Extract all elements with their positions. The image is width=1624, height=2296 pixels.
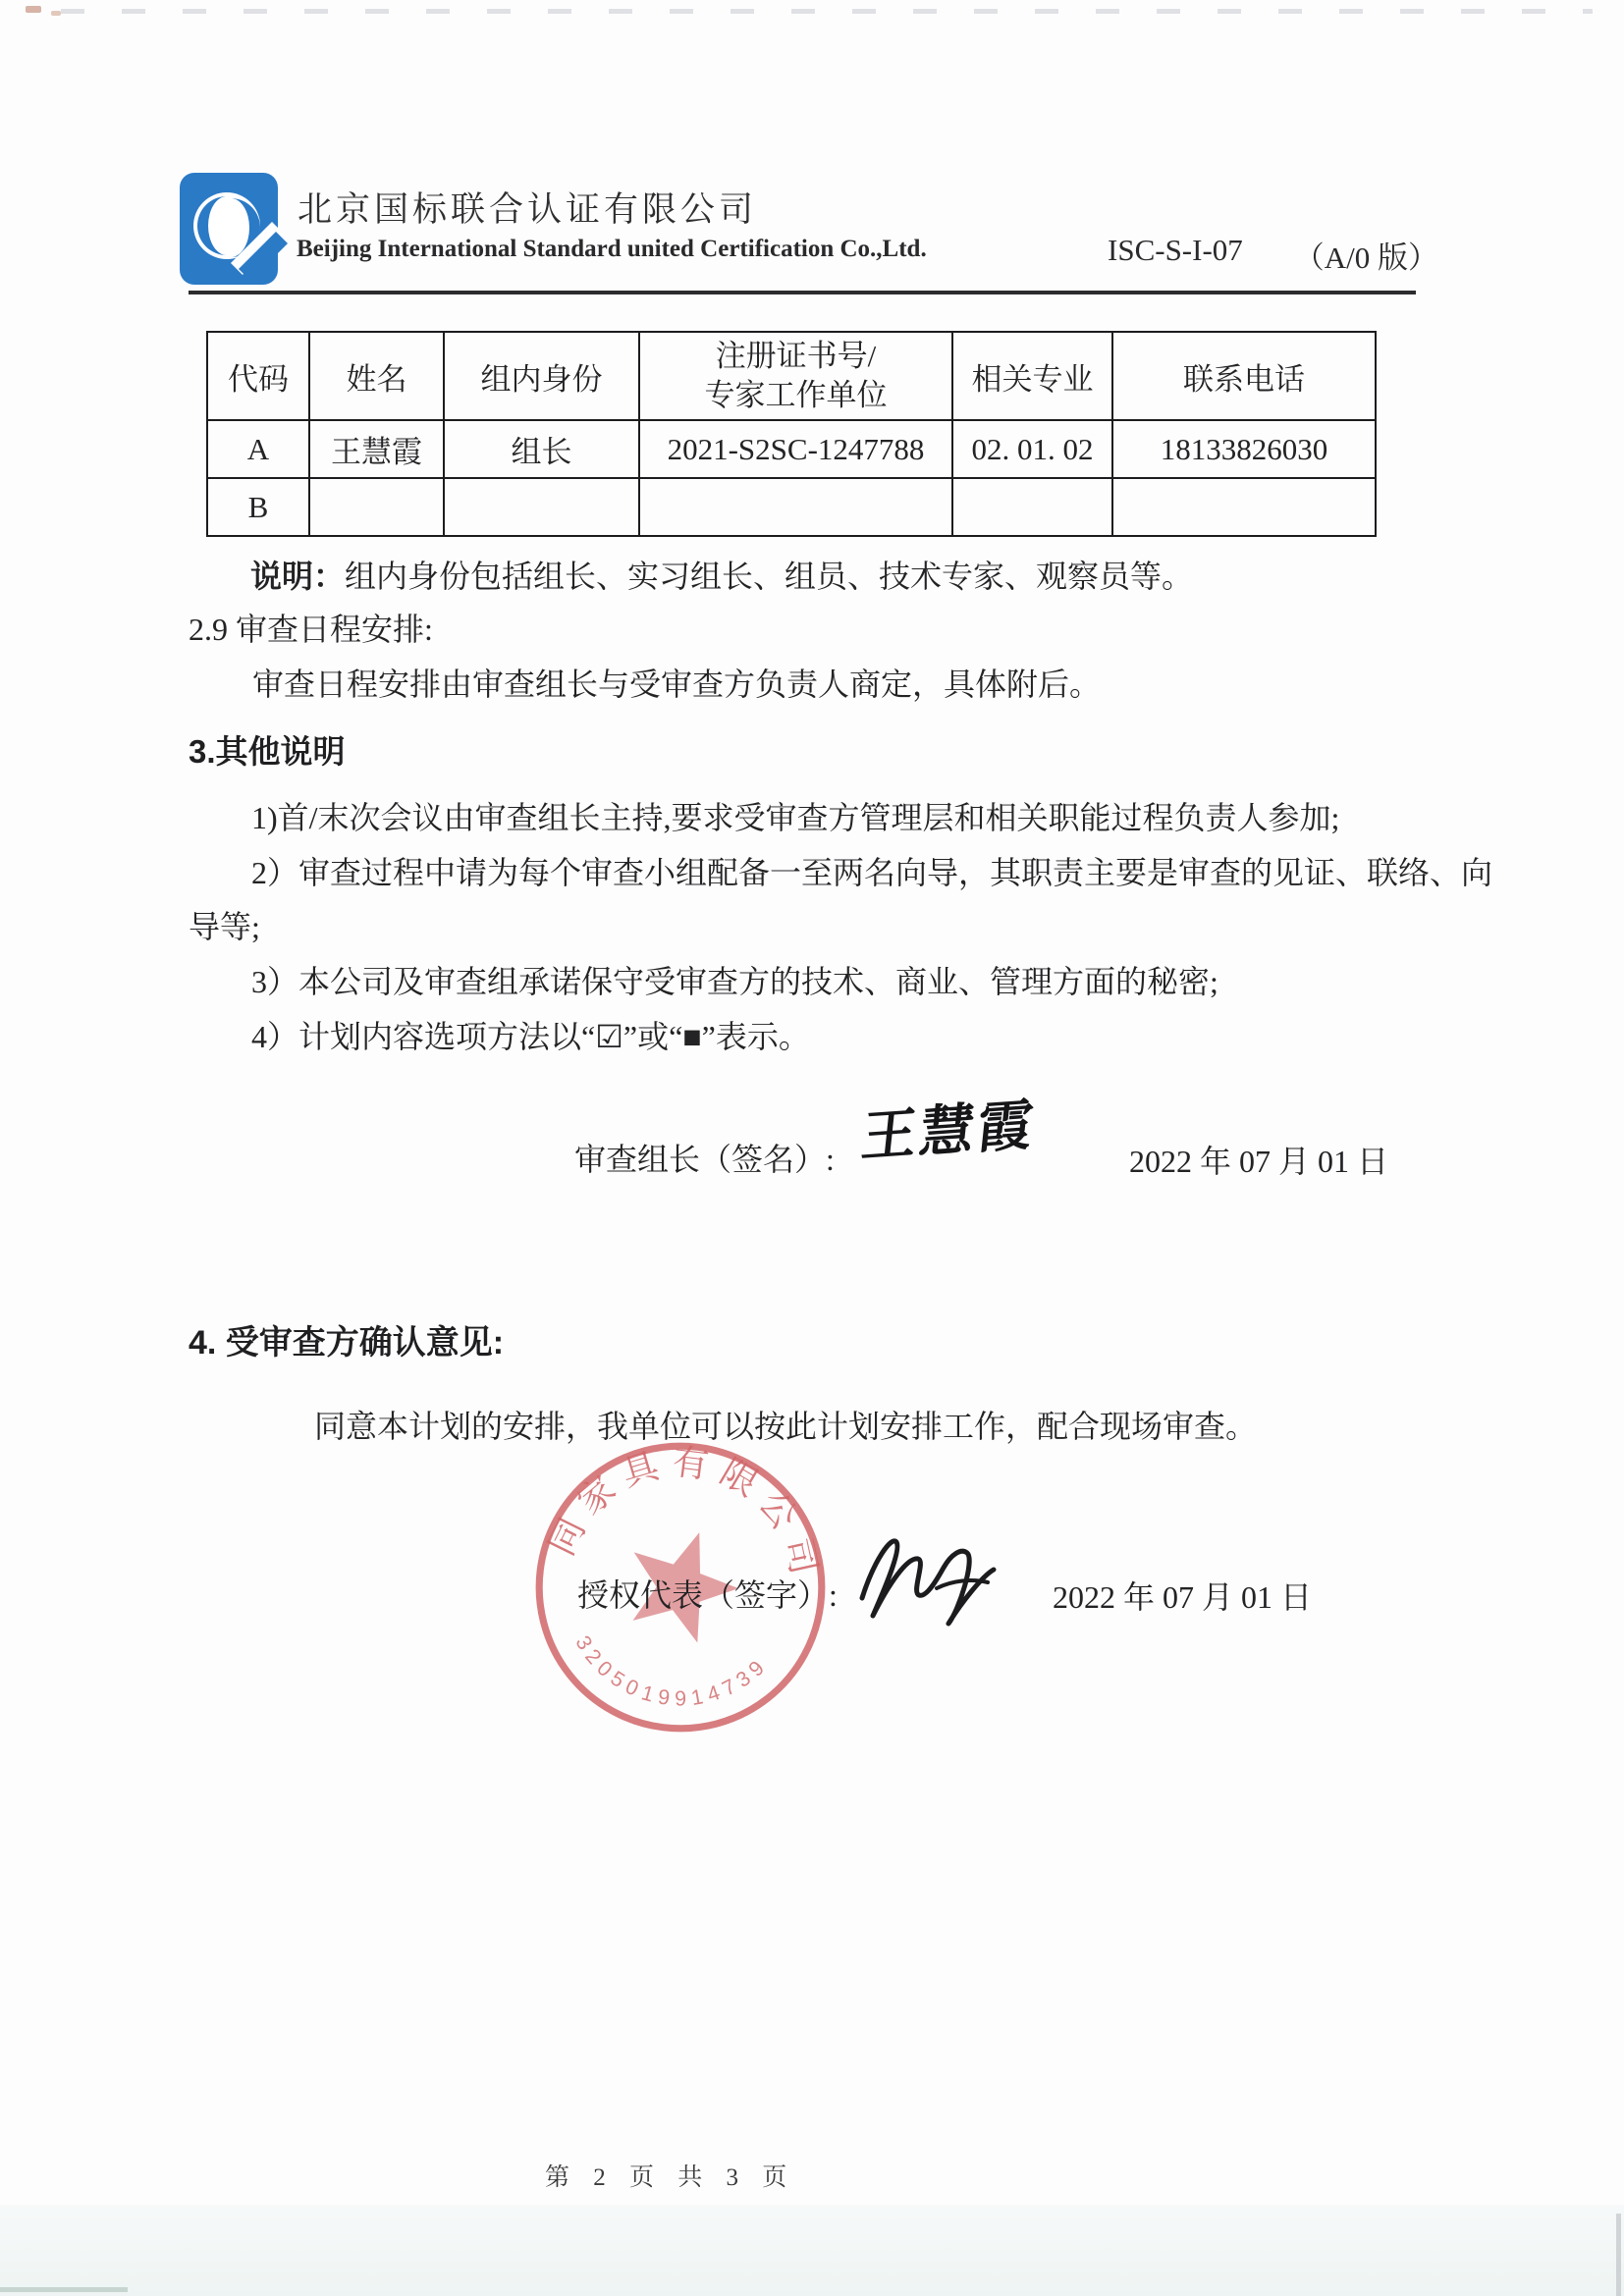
scan-artifact-speck <box>51 11 61 16</box>
cell-phone: 18133826030 <box>1112 420 1376 478</box>
cell-cert <box>639 478 952 536</box>
section-3-list: 1)首/末次会议由审查组长主持,要求受审查方管理层和相关职能过程负责人参加; 2… <box>189 791 1504 1065</box>
scan-artifact-top-dashes <box>61 9 1593 14</box>
col-header-code: 代码 <box>207 332 309 420</box>
col-header-role: 组内身份 <box>444 332 639 420</box>
section-4-body: 同意本计划的安排，我单位可以按此计划安排工作，配合现场审查。 <box>314 1402 1257 1447</box>
header-divider <box>189 291 1416 294</box>
cell-role <box>444 478 639 536</box>
list-item: 2）审查过程中请为每个审查小组配备一至两名向导，其职责主要是审查的见证、联络、向… <box>189 846 1504 954</box>
scan-artifact-speck <box>26 6 41 13</box>
col-header-phone: 联系电话 <box>1112 332 1376 420</box>
table-note: 说明：组内身份包括组长、实习组长、组员、技术专家、观察员等。 <box>250 552 1193 597</box>
stamp-arc-text: 同家具有限公司 <box>539 1426 841 1592</box>
scanned-document-page: { "header": { "company_cn": "北京国标联合认证有限公… <box>0 0 1624 2296</box>
col-header-cert-line1: 注册证书号/ <box>640 337 951 376</box>
leader-signature-script: 王慧霞 <box>858 1081 1040 1172</box>
cell-name <box>309 478 444 536</box>
cell-cert: 2021-S2SC-1247788 <box>639 420 952 478</box>
audit-team-table: 代码 姓名 组内身份 注册证书号/ 专家工作单位 相关专业 联系电话 A 王慧霞… <box>206 331 1377 537</box>
leader-signature-date: 2022 年 07 月 01 日 <box>1129 1137 1388 1182</box>
cell-name: 王慧霞 <box>309 420 444 478</box>
rep-signature-date: 2022 年 07 月 01 日 <box>1053 1573 1312 1618</box>
col-header-cert-line2: 专家工作单位 <box>640 376 951 415</box>
cell-specialty: 02. 01. 02 <box>952 420 1112 478</box>
section-2-9-body: 审查日程安排由审查组长与受审查方负责人商定，具体附后。 <box>252 660 1101 705</box>
col-header-specialty: 相关专业 <box>952 332 1112 420</box>
scan-artifact-right-edge <box>1616 2214 1621 2296</box>
section-3-title: 3.其他说明 <box>189 726 346 773</box>
cell-code: B <box>207 478 309 536</box>
doc-code: ISC-S-I-07 <box>1108 233 1243 277</box>
cell-specialty <box>952 478 1112 536</box>
table-row: B <box>207 478 1376 536</box>
stamp-serial-number: 3205019914739 <box>565 1629 776 1722</box>
section-4-title: 4. 受审查方确认意见: <box>189 1315 504 1363</box>
section-2-9-title: 2.9 审查日程安排: <box>189 605 433 650</box>
cell-phone <box>1112 478 1376 536</box>
company-name-cn: 北京国标联合认证有限公司 <box>298 183 757 232</box>
table-header-row: 代码 姓名 组内身份 注册证书号/ 专家工作单位 相关专业 联系电话 <box>207 332 1376 420</box>
doc-code-block: ISC-S-I-07 （A/0 版） <box>1108 233 1438 277</box>
company-name-en: Beijing International Standard united Ce… <box>297 236 927 263</box>
table-note-label: 说明： <box>250 559 345 594</box>
list-item: 4）计划内容选项方法以“☑”或“■”表示。 <box>189 1010 1504 1064</box>
cell-role: 组长 <box>444 420 639 478</box>
leader-signature-label: 审查组长（签名）: <box>574 1135 835 1180</box>
scan-artifact-bottom-smear <box>0 2287 128 2292</box>
table-row: A 王慧霞 组长 2021-S2SC-1247788 02. 01. 02 18… <box>207 420 1376 478</box>
cell-code: A <box>207 420 309 478</box>
page-number-footer: 第 2 页 共 3 页 <box>545 2158 795 2193</box>
col-header-name: 姓名 <box>309 332 444 420</box>
list-item: 1)首/末次会议由审查组长主持,要求受审查方管理层和相关职能过程负责人参加; <box>189 791 1504 845</box>
doc-version: （A/0 版） <box>1294 233 1438 277</box>
rep-signature-script <box>842 1520 1019 1637</box>
scan-artifact-bottom-band <box>0 2205 1624 2296</box>
rep-signature-label: 授权代表（签字）: <box>577 1571 838 1616</box>
cert-body-logo-icon <box>180 173 284 294</box>
list-item: 3）本公司及审查组承诺保守受审查方的技术、商业、管理方面的秘密; <box>189 955 1504 1009</box>
col-header-cert: 注册证书号/ 专家工作单位 <box>639 332 952 420</box>
table-note-text: 组内身份包括组长、实习组长、组员、技术专家、观察员等。 <box>345 559 1193 594</box>
